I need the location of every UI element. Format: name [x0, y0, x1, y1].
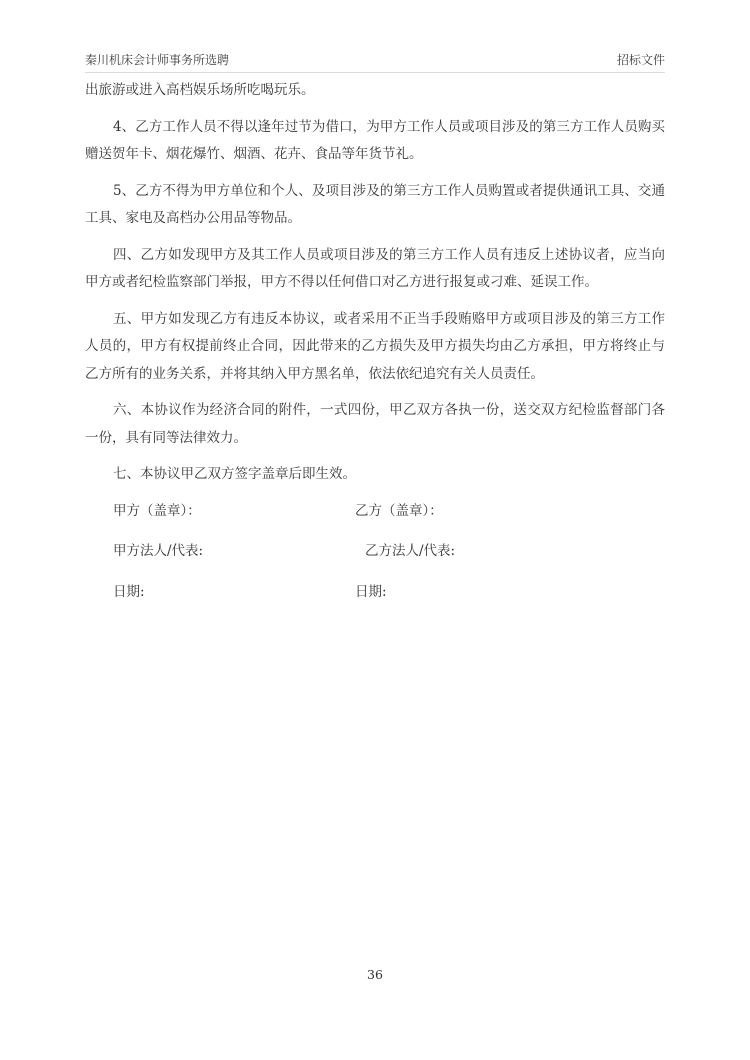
signature-block: 甲方（盖章）： 乙方（盖章）： 甲方法人/代表: 乙方法人/代表: 日期: 日期…: [85, 498, 665, 607]
paragraph-item-5: 5、乙方不得为甲方单位和个人、及项目涉及的第三方工作人员购置或者提供通讯工具、交…: [85, 178, 665, 233]
party-a-seal-label: 甲方（盖章）：: [113, 498, 201, 526]
signature-row-representative: 甲方法人/代表: 乙方法人/代表:: [85, 538, 665, 566]
document-body: 出旅游或进入高档娱乐场所吃喝玩乐。 4、乙方工作人员不得以逢年过节为借口，为甲方…: [85, 77, 665, 619]
party-a-date-label: 日期:: [113, 579, 145, 607]
paragraph-item-4: 4、乙方工作人员不得以逢年过节为借口，为甲方工作人员或项目涉及的第三方工作人员购…: [85, 114, 665, 169]
party-b-seal-label: 乙方（盖章）：: [355, 498, 443, 526]
signature-row-date: 日期: 日期:: [85, 579, 665, 607]
paragraph-clause-5: 五、甲方如发现乙方有违反本协议，或者采用不正当手段贿赂甲方或项目涉及的第三方工作…: [85, 306, 665, 389]
header-left-text: 秦川机床会计师事务所选聘: [85, 53, 229, 67]
header-right-text: 招标文件: [617, 53, 665, 67]
party-b-date-label: 日期:: [355, 579, 387, 607]
party-a-representative-label: 甲方法人/代表:: [113, 538, 203, 566]
party-b-representative-label: 乙方法人/代表:: [365, 538, 455, 566]
page-number: 36: [0, 967, 750, 982]
document-page: 秦川机床会计师事务所选聘 招标文件 出旅游或进入高档娱乐场所吃喝玩乐。 4、乙方…: [0, 0, 750, 1060]
page-header: 秦川机床会计师事务所选聘 招标文件: [85, 53, 665, 73]
paragraph-clause-7: 七、本协议甲乙双方签字盖章后即生效。: [85, 461, 665, 489]
paragraph-clause-4: 四、乙方如发现甲方及其工作人员或项目涉及的第三方工作人员有违反上述协议者，应当向…: [85, 242, 665, 297]
signature-row-seal: 甲方（盖章）： 乙方（盖章）：: [85, 498, 665, 526]
paragraph-clause-6: 六、本协议作为经济合同的附件，一式四份，甲乙双方各执一份，送交双方纪检监督部门各…: [85, 397, 665, 452]
paragraph-continuation: 出旅游或进入高档娱乐场所吃喝玩乐。: [85, 77, 665, 105]
